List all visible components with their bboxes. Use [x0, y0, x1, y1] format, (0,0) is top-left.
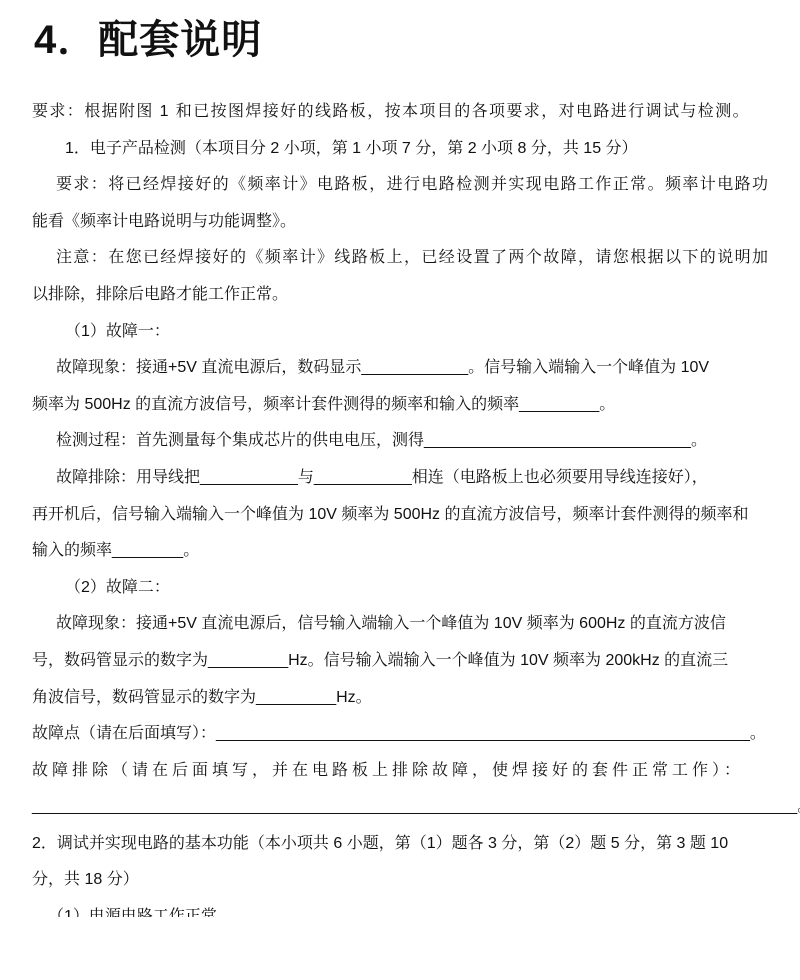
page-title: 4．配套说明	[34, 16, 776, 64]
doc-line: 故障点（请在后面填写）：____________________________…	[32, 716, 776, 753]
doc-line: 注意：在您已经焊接好的《频率计》线路板上，已经设置了两个故障，请您根据以下的说明…	[32, 240, 776, 277]
document-body: 要求：根据附图 1 和已按图焊接好的线路板，按本项目的各项要求，对电路进行调试与…	[32, 94, 776, 917]
doc-line: 1．电子产品检测（本项目分 2 小项，第 1 小项 7 分，第 2 小项 8 分…	[32, 131, 776, 168]
doc-line: （2）故障二：	[32, 570, 776, 607]
doc-line: 以排除，排除后电路才能工作正常。	[32, 277, 776, 314]
doc-line: 故障现象：接通+5V 直流电源后，数码显示____________。信号输入端输…	[32, 350, 776, 387]
doc-line: 分，共 18 分）	[32, 862, 776, 899]
doc-line: 再开机后，信号输入端输入一个峰值为 10V 频率为 500Hz 的直流方波信号，…	[32, 497, 776, 534]
doc-line: 输入的频率________。	[32, 533, 776, 570]
doc-line-cutoff: （1）电源电路工作正常	[32, 899, 776, 917]
doc-line: 角波信号，数码管显示的数字为_________Hz。	[32, 680, 776, 717]
doc-line: ________________________________________…	[32, 789, 776, 826]
doc-line: 要求：根据附图 1 和已按图焊接好的线路板，按本项目的各项要求，对电路进行调试与…	[32, 94, 776, 131]
document-page: 4．配套说明 要求：根据附图 1 和已按图焊接好的线路板，按本项目的各项要求，对…	[0, 0, 800, 980]
doc-line: 故障排除（请在后面填写，并在电路板上排除故障，使焊接好的套件正常工作）：	[32, 753, 776, 790]
doc-line: 要求：将已经焊接好的《频率计》电路板，进行电路检测并实现电路工作正常。频率计电路…	[32, 167, 776, 204]
doc-line: 能看《频率计电路说明与功能调整》。	[32, 204, 776, 241]
doc-line: 故障排除：用导线把___________与___________相连（电路板上也…	[32, 460, 776, 497]
doc-line: 频率为 500Hz 的直流方波信号，频率计套件测得的频率和输入的频率______…	[32, 387, 776, 424]
doc-line: （1）故障一：	[32, 314, 776, 351]
doc-line: 故障现象：接通+5V 直流电源后，信号输入端输入一个峰值为 10V 频率为 60…	[32, 606, 776, 643]
doc-line: 号，数码管显示的数字为_________Hz。信号输入端输入一个峰值为 10V …	[32, 643, 776, 680]
doc-line: 检测过程：首先测量每个集成芯片的供电电压，测得_________________…	[32, 423, 776, 460]
doc-line: 2．调试并实现电路的基本功能（本小项共 6 小题，第（1）题各 3 分，第（2）…	[32, 826, 776, 863]
